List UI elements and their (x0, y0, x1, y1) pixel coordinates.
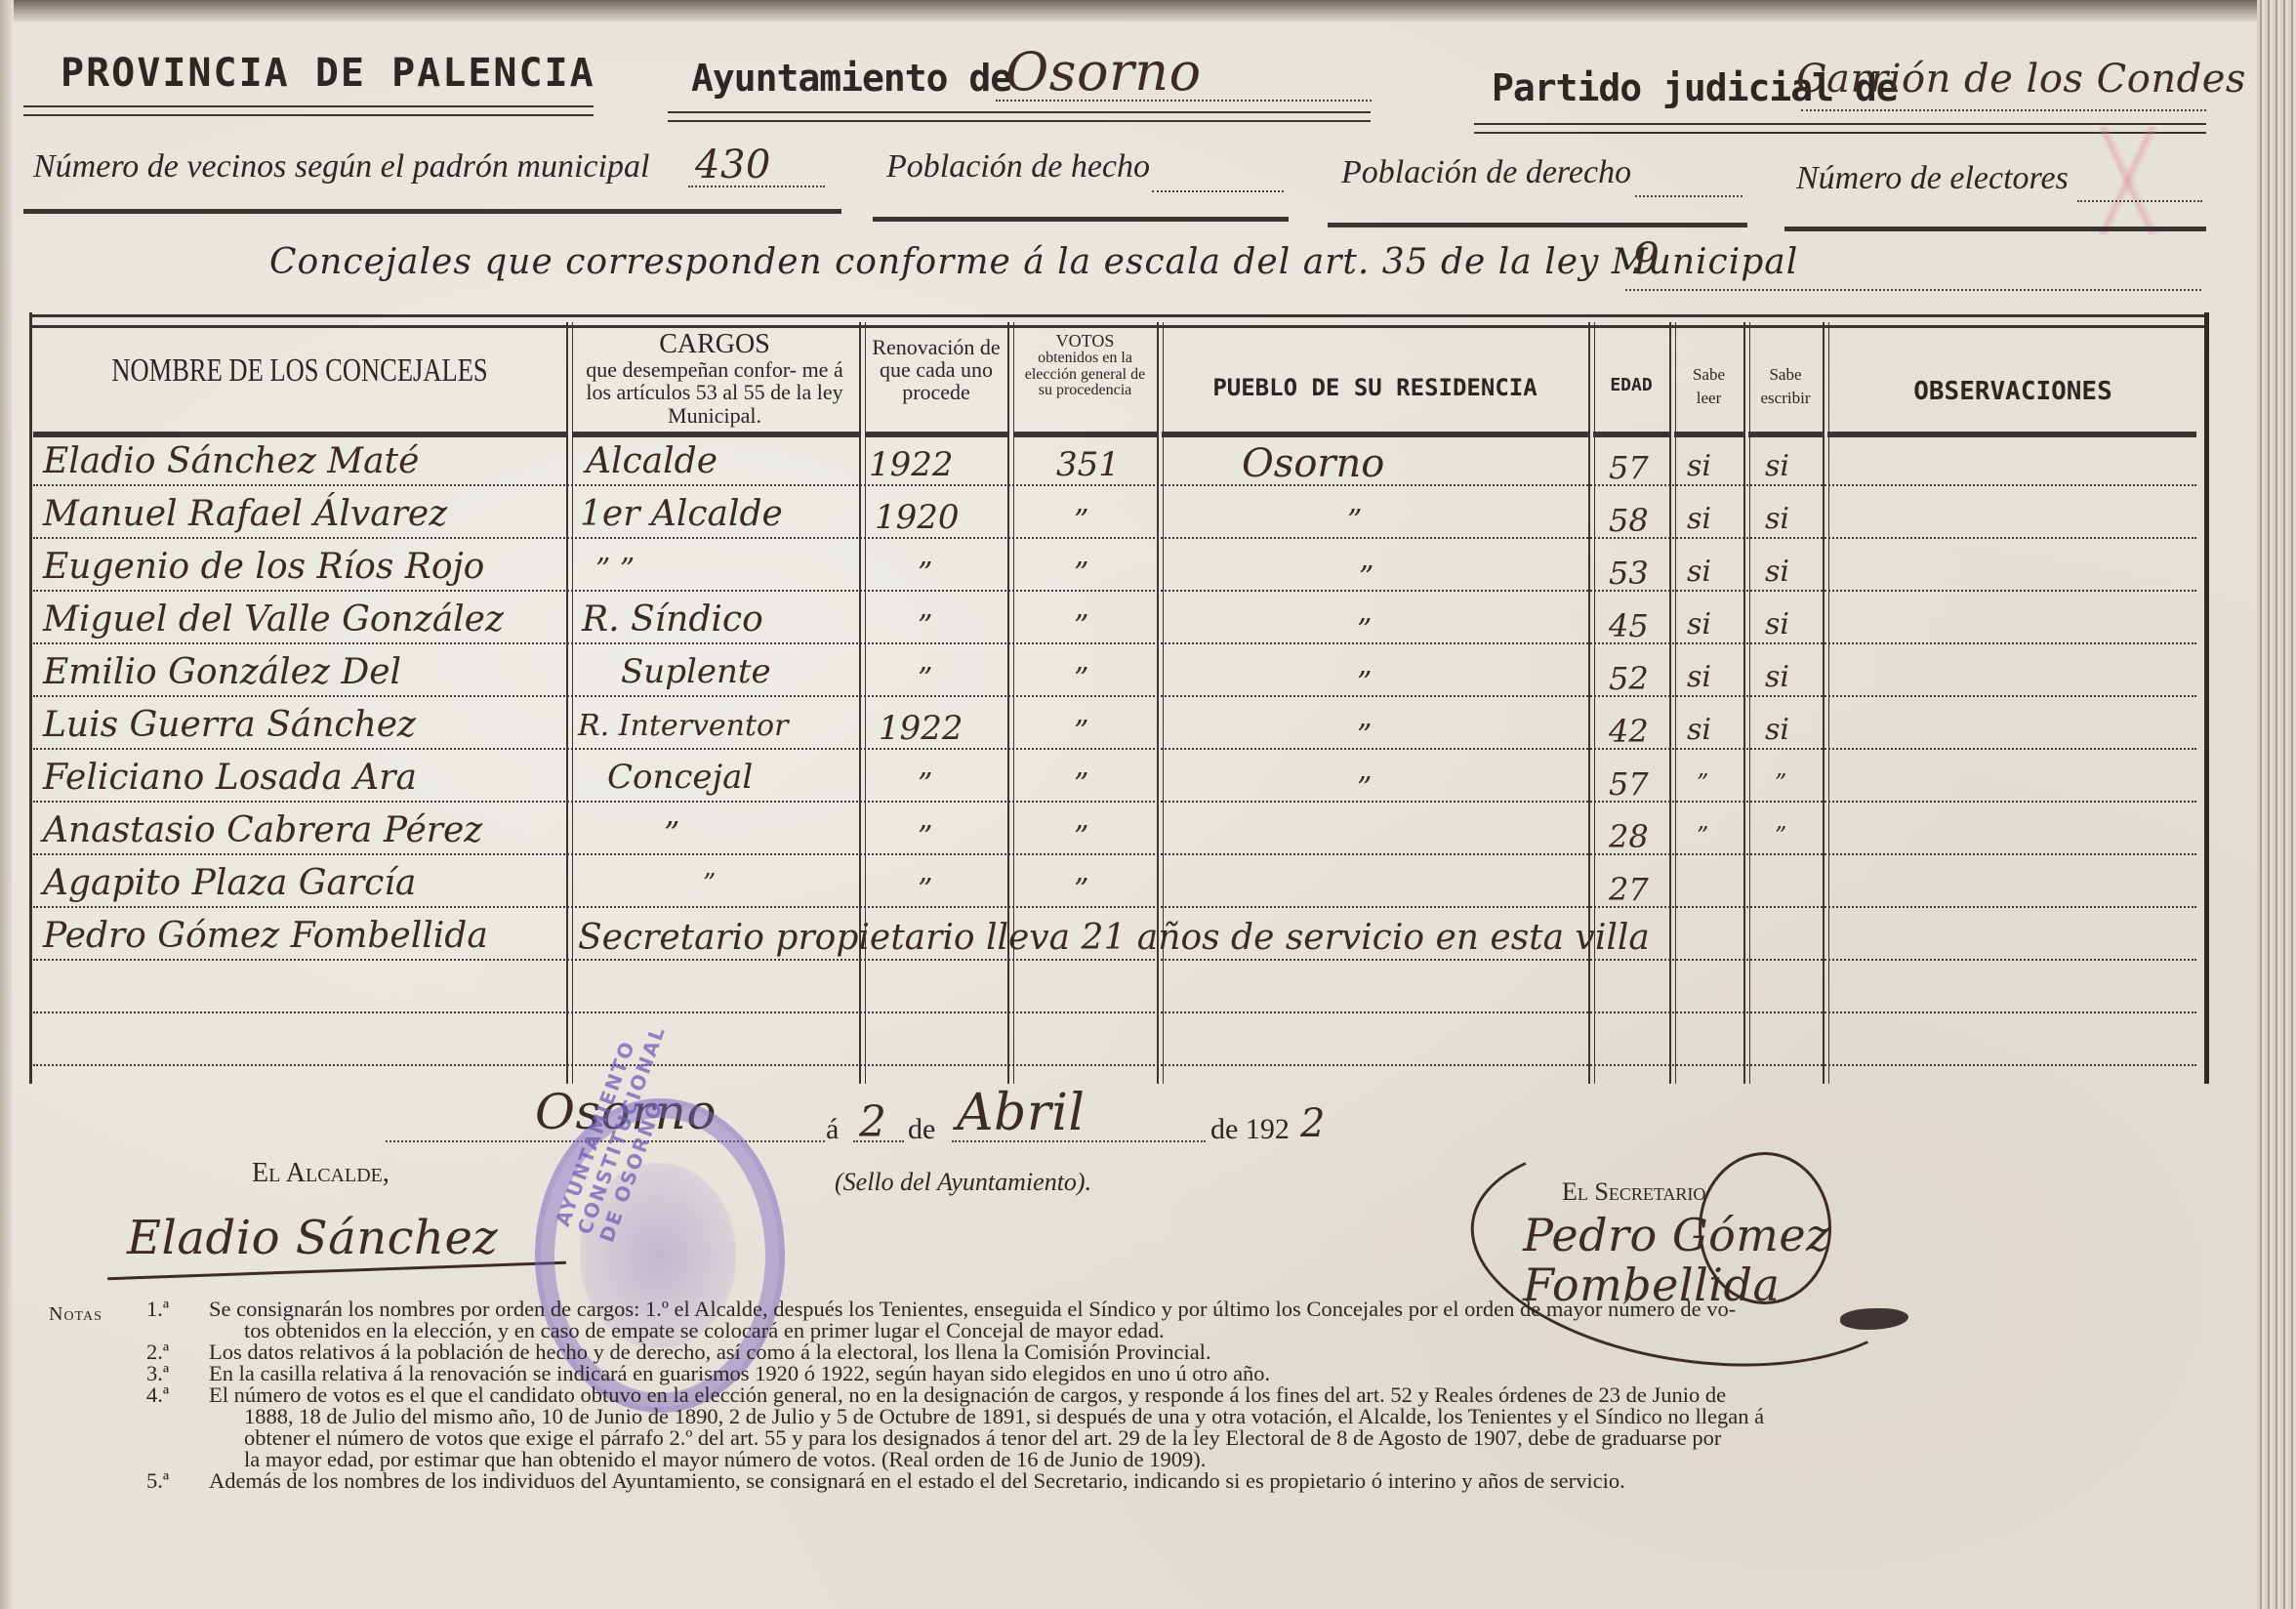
th-escribir: Sabe escribir (1748, 363, 1823, 410)
cell-pueblo: ” (1359, 560, 1373, 595)
book-top-edge (0, 0, 2296, 21)
cell-cargo: R. Síndico (582, 599, 763, 639)
th-nombre: NOMBRE DE LOS CONCEJALES (92, 353, 508, 389)
cell-renovacion: 1920 (875, 498, 960, 537)
cell-cargo: ” ” (595, 553, 635, 587)
header-underline (1162, 432, 1588, 437)
header-underline (1013, 432, 1157, 437)
partido-dotline (1801, 109, 2206, 111)
cell-edad: 52 (1609, 660, 1649, 697)
electores-dotline (2077, 200, 2202, 202)
cell-escribir: si (1765, 555, 1789, 589)
concejales-label: Concejales que corresponden conforme á l… (269, 242, 1798, 282)
cell-renovacion: ” (918, 609, 932, 643)
cell-renovacion: 1922 (869, 445, 954, 484)
cell-edad: 27 (1609, 871, 1649, 908)
cell-escribir: ” (1775, 769, 1786, 797)
partido-underline (1474, 123, 2206, 134)
cell-votos: ” (1074, 557, 1088, 591)
cell-renovacion: ” (918, 767, 932, 802)
electores-underline (1784, 227, 2206, 231)
header-underline (572, 432, 859, 437)
note-num: 5.ª (146, 1470, 169, 1493)
pink-pencil-mark (2099, 127, 2167, 234)
cell-edad: 57 (1609, 765, 1649, 803)
signature-loop (1699, 1152, 1831, 1304)
th-cargos: CARGOS que desempeñan confor- me á los a… (570, 330, 859, 427)
th-pueblo: PUEBLO DE SU RESIDENCIA (1162, 376, 1588, 400)
poblacion-derecho-label: Población de derecho (1341, 154, 1631, 191)
vecinos-label: Número de vecinos según el padrón munici… (33, 148, 649, 186)
cell-cargo: Concejal (607, 758, 753, 797)
th-edad: EDAD (1593, 377, 1669, 395)
cell-edad: 53 (1609, 555, 1649, 592)
cell-edad: 42 (1609, 713, 1649, 750)
row-rule (33, 853, 2196, 855)
poblacion-derecho-underline (1328, 223, 1747, 227)
th-renovacion: Renovación de que cada uno procede (865, 336, 1007, 403)
cell-nombre: Luis Guerra Sánchez (43, 705, 416, 745)
provincia-underline (23, 105, 594, 116)
cell-votos: ” (1074, 504, 1088, 538)
cell-leer: ” (1697, 769, 1708, 797)
alcalde-label: El Alcalde, (252, 1158, 389, 1189)
cell-escribir: si (1765, 713, 1789, 747)
cell-leer: si (1687, 607, 1711, 641)
cell-pueblo: ” (1357, 719, 1372, 753)
cell-leer: si (1687, 449, 1711, 483)
date-month: Abril (957, 1084, 1085, 1142)
th-votos-title: VOTOS (1013, 332, 1157, 351)
note-num: 4.ª (146, 1384, 169, 1407)
cell-nombre: Feliciano Losada Ara (43, 758, 417, 798)
vecinos-dotline (688, 186, 825, 187)
concejales-value: 9 (1632, 234, 1660, 284)
vecinos-value: 430 (695, 143, 771, 187)
row-rule (33, 695, 2196, 697)
cell-edad: 58 (1609, 502, 1649, 539)
cell-pueblo: Osorno (1242, 441, 1384, 486)
cell-votos: ” (1074, 609, 1088, 643)
date-year-suffix: 2 (1300, 1101, 1326, 1146)
cell-nombre: Agapito Plaza García (43, 863, 416, 903)
cell-cargo: R. Interventor (578, 709, 788, 743)
cell-leer: ” (1697, 822, 1708, 849)
cell-pueblo: ” (1357, 771, 1372, 805)
cell-edad: 28 (1609, 818, 1649, 855)
cell-escribir: si (1765, 607, 1789, 641)
row-rule (33, 801, 2196, 803)
cell-renovacion: ” (918, 662, 932, 696)
cell-nombre: Pedro Gómez Fombellida (43, 916, 488, 956)
row-rule (33, 537, 2196, 539)
date-a: á (826, 1113, 839, 1146)
row-rule (33, 484, 2196, 486)
cell-nombre: Manuel Rafael Álvarez (43, 494, 447, 534)
cell-votos: ” (1074, 767, 1088, 802)
cell-escribir: ” (1775, 822, 1786, 849)
row-rule (33, 959, 2196, 961)
cell-leer: si (1687, 555, 1711, 589)
header-underline (1593, 432, 1669, 437)
poblacion-hecho-dotline (1152, 190, 1284, 192)
electores-label: Número de electores (1796, 160, 2069, 197)
cell-pueblo: ” (1347, 504, 1362, 538)
notes-title: Notas (49, 1304, 102, 1324)
date-year-prefix: de 192 (1210, 1113, 1290, 1146)
ayuntamiento-label: Ayuntamiento de (691, 57, 1011, 100)
cell-renovacion: ” (918, 873, 932, 907)
th-leer: Sabe leer (1674, 363, 1743, 410)
page-right-edge (2257, 0, 2296, 1609)
concejales-dotline (1625, 289, 2201, 291)
ayuntamiento-value: Osorno (1005, 41, 1202, 103)
cell-escribir: si (1765, 502, 1789, 536)
cell-votos: ” (1074, 873, 1088, 907)
cell-cargo: 1er Alcalde (580, 494, 783, 534)
cell-votos: ” (1074, 662, 1088, 696)
cell-pueblo: ” (1357, 666, 1372, 700)
header-underline (865, 432, 1007, 437)
header-underline (1827, 432, 2196, 437)
cell-renovacion: ” (918, 820, 932, 854)
sello-label: (Sello del Ayuntamiento). (835, 1168, 1091, 1197)
th-cargos-title: CARGOS (570, 330, 859, 358)
row-rule (33, 590, 2196, 592)
row-rule (33, 642, 2196, 644)
cell-nombre: Miguel del Valle González (43, 599, 504, 639)
note-text: Además de los nombres de los individuos … (209, 1470, 1625, 1493)
row-rule (33, 1011, 2196, 1013)
poblacion-derecho-dotline (1635, 195, 1742, 197)
cell-nombre: Eladio Sánchez Maté (43, 441, 419, 481)
council-table (29, 312, 2209, 1084)
cell-nombre: Eugenio de los Ríos Rojo (43, 547, 484, 587)
cell-cargo: ” (664, 814, 679, 851)
th-cargos-sub: que desempeñan confor- me á los artículo… (570, 358, 859, 426)
cell-renovacion: 1922 (879, 709, 963, 748)
cell-votos: ” (1074, 820, 1088, 854)
alcalde-signature: Eladio Sánchez (127, 1211, 498, 1265)
cell-leer: si (1687, 713, 1711, 747)
cell-votos: ” (1074, 715, 1088, 749)
note-num: 1.ª (146, 1299, 169, 1321)
month-dotline (952, 1140, 1206, 1142)
th-observaciones: OBSERVACIONES (1827, 379, 2198, 405)
cell-pueblo: ” (1357, 613, 1372, 647)
row-rule (33, 1064, 2196, 1066)
date-de: de (908, 1113, 935, 1146)
cell-votos: 351 (1056, 445, 1120, 484)
poblacion-hecho-underline (873, 217, 1289, 222)
cell-nombre: Anastasio Cabrera Pérez (43, 810, 482, 850)
poblacion-hecho-label: Población de hecho (886, 148, 1150, 186)
ayuntamiento-dotline (996, 100, 1372, 102)
cell-escribir: si (1765, 449, 1789, 483)
th-votos-sub: obtenidos en la elección general de su p… (1013, 351, 1157, 399)
provincia-title: PROVINCIA DE PALENCIA (61, 51, 595, 96)
cell-leer: si (1687, 502, 1711, 536)
cell-leer: si (1687, 660, 1711, 694)
cell-cargo: Alcalde (586, 441, 717, 481)
cell-renovacion: ” (918, 557, 932, 591)
header-underline (33, 432, 566, 437)
header-underline (1748, 432, 1823, 437)
header-underline (1674, 432, 1743, 437)
cell-edad: 57 (1609, 449, 1649, 486)
row-rule (33, 748, 2196, 750)
cell-escribir: si (1765, 660, 1789, 694)
partido-value: Carrión de los Condes (1796, 57, 2246, 102)
th-votos: VOTOS obtenidos en la elección general d… (1013, 332, 1157, 399)
cell-edad: 45 (1609, 607, 1649, 644)
cell-cargo: Suplente (621, 652, 771, 691)
cell-cargo: Secretario propietario lleva 21 años de … (578, 918, 1650, 958)
vecinos-underline (23, 209, 841, 214)
cell-nombre: Emilio González Del (43, 652, 401, 692)
cell-cargo: ” (703, 869, 716, 898)
day-dotline (853, 1140, 904, 1142)
ayuntamiento-underline (668, 111, 1371, 122)
row-rule (33, 906, 2196, 908)
